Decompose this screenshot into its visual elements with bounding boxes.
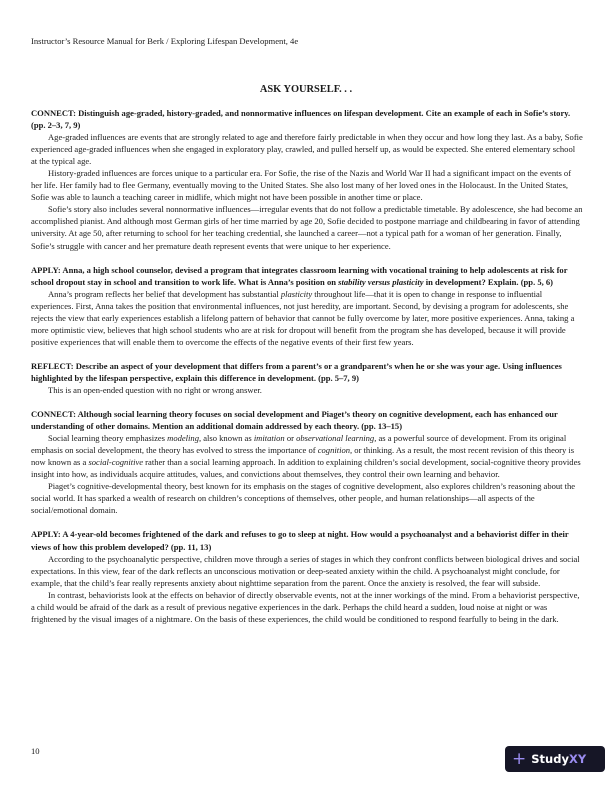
document-body: CONNECT: Distinguish age-graded, history…	[31, 107, 583, 637]
question-heading: CONNECT: Distinguish age-graded, history…	[31, 107, 583, 131]
answer-paragraph: History-graded influences are forces uni…	[31, 167, 583, 203]
answer-paragraph: This is an open-ended question with no r…	[31, 384, 583, 396]
plus-icon: +	[512, 751, 526, 768]
section-apply-fear-of-dark: APPLY: A 4-year-old becomes frightened o…	[31, 528, 583, 624]
answer-paragraph: Piaget’s cognitive-developmental theory,…	[31, 480, 583, 516]
page-number: 10	[31, 746, 40, 756]
answer-term: observational learning,	[296, 433, 376, 443]
answer-paragraph: Social learning theory emphasizes modeli…	[31, 432, 583, 480]
answer-term: imitation	[254, 433, 285, 443]
question-term: stability versus plasticity	[338, 277, 423, 287]
answer-term: social-cognitive	[88, 457, 143, 467]
answer-paragraph: Age-graded influences are events that ar…	[31, 131, 583, 167]
section-connect-theories: CONNECT: Although social learning theory…	[31, 408, 583, 516]
question-heading: REFLECT: Describe an aspect of your deve…	[31, 360, 583, 384]
section-connect-influences: CONNECT: Distinguish age-graded, history…	[31, 107, 583, 252]
answer-paragraph: Sofie’s story also includes several nonn…	[31, 203, 583, 251]
answer-term: cognition,	[318, 445, 352, 455]
answer-text: Social learning theory emphasizes	[48, 433, 167, 443]
badge-text-accent: XY	[569, 752, 586, 766]
answer-term: modeling,	[167, 433, 201, 443]
running-header: Instructor’s Resource Manual for Berk / …	[31, 36, 298, 46]
answer-text: Anna’s program reflects her belief that …	[48, 289, 281, 299]
answer-paragraph: In contrast, behaviorists look at the ef…	[31, 589, 583, 625]
question-text: in development? Explain. (pp. 5, 6)	[424, 277, 553, 287]
studyxy-badge[interactable]: + StudyXY	[505, 746, 605, 772]
question-heading: APPLY: A 4-year-old becomes frightened o…	[31, 528, 583, 552]
answer-paragraph: According to the psychoanalytic perspect…	[31, 553, 583, 589]
answer-paragraph: Anna’s program reflects her belief that …	[31, 288, 583, 348]
badge-text: Study	[531, 752, 569, 766]
page-title: ASK YOURSELF. . .	[0, 84, 612, 95]
section-apply-plasticity: APPLY: Anna, a high school counselor, de…	[31, 264, 583, 348]
section-reflect: REFLECT: Describe an aspect of your deve…	[31, 360, 583, 396]
answer-text: also known as	[201, 433, 254, 443]
answer-text: or	[285, 433, 296, 443]
answer-term: plasticity	[281, 289, 312, 299]
question-heading: APPLY: Anna, a high school counselor, de…	[31, 264, 583, 288]
question-heading: CONNECT: Although social learning theory…	[31, 408, 583, 432]
